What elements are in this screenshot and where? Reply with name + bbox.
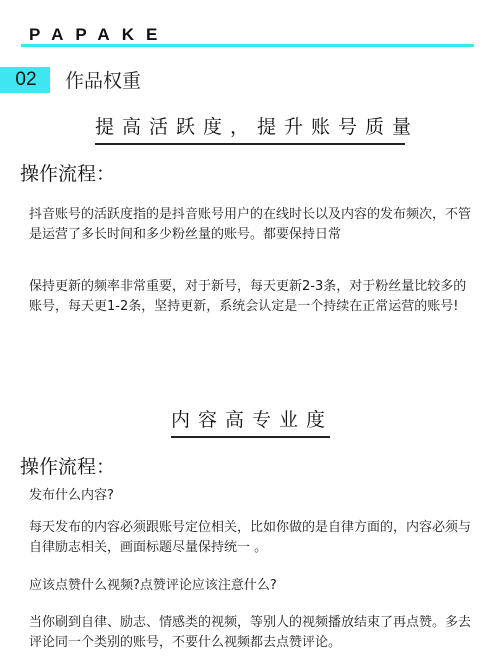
paragraph-update-frequency: 保持更新的频率非常重要，对于新号，每天更新2-3条，对于粉丝量比较多的账号，每天… xyxy=(29,277,474,317)
question-what-to-post: 发布什么内容? xyxy=(29,486,474,506)
subheading-process-2: 操作流程： xyxy=(20,452,115,479)
question-what-to-like: 应该点赞什么视频?点赞评论应该注意什么? xyxy=(29,576,474,596)
brand-divider xyxy=(21,44,474,47)
subheading-process-1: 操作流程： xyxy=(20,159,115,186)
section-number-badge: 02 xyxy=(0,67,50,93)
paragraph-content-positioning: 每天发布的内容必须跟账号定位相关，比如你做的是自律方面的，内容必须与自律励志相关… xyxy=(29,518,474,558)
paragraph-activity-definition: 抖音账号的活跃度指的是抖音账号用户的在线时长以及内容的发布频次，不管是运营了多长… xyxy=(29,205,474,245)
brand-logo: PAPAKE xyxy=(29,25,169,45)
heading-activity: 提高活跃度，提升账号质量 xyxy=(95,112,405,145)
paragraph-like-comment-tips: 当你刷到自律、励志、情感类的视频，等别人的视频播放结束了再点赞。多去评论同一个类… xyxy=(29,613,474,653)
section-title: 作品权重 xyxy=(65,66,141,93)
heading-professionalism: 内容高专业度 xyxy=(171,405,330,438)
